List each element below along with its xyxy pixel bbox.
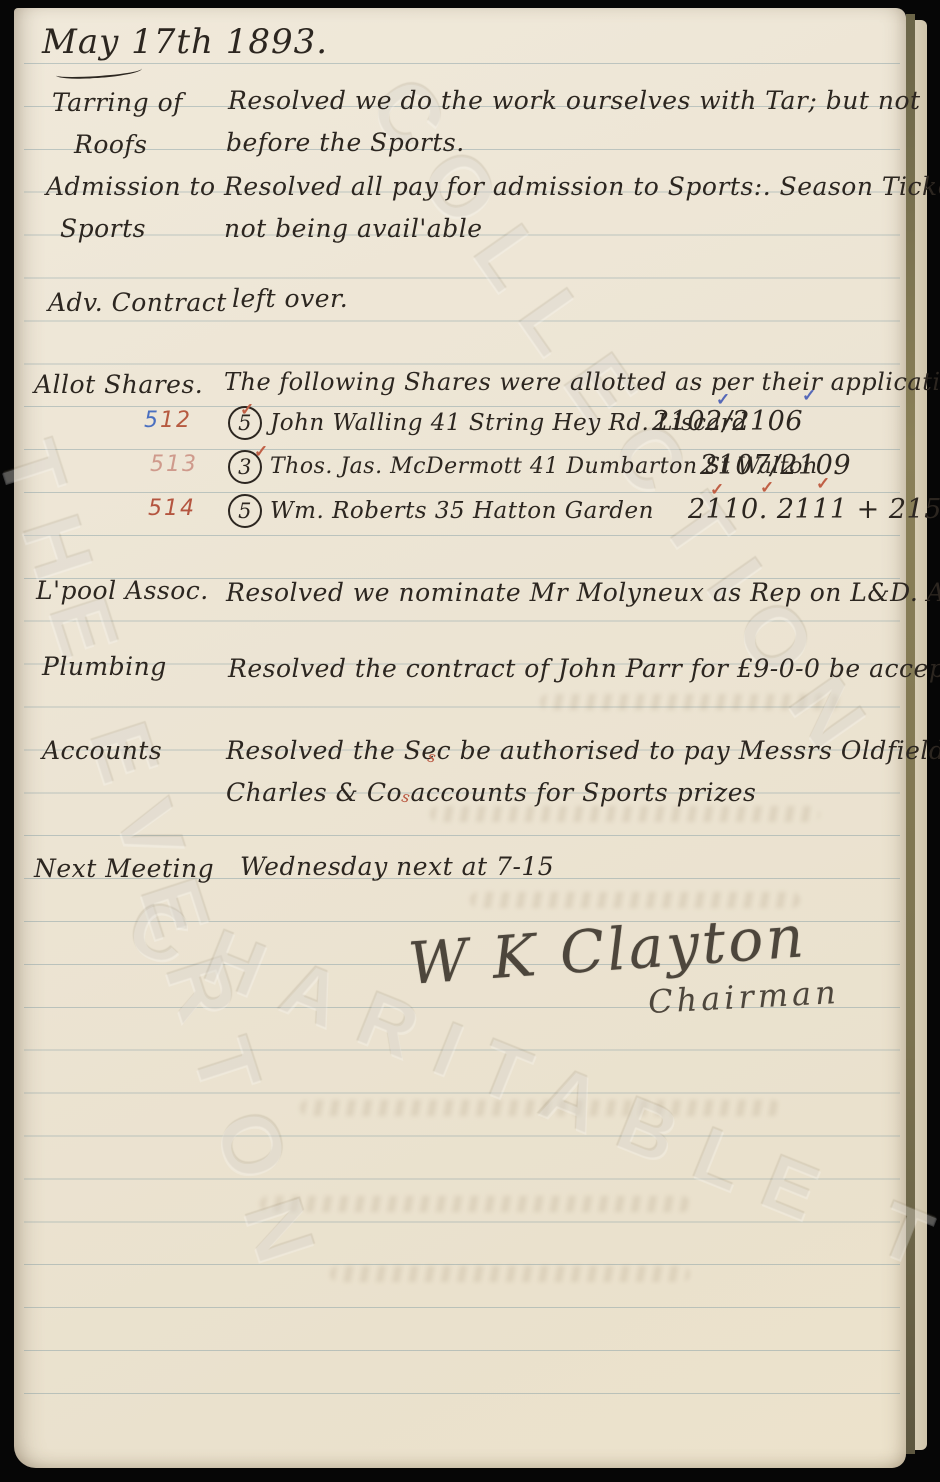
share-numbers: 2102/2106: [652, 406, 803, 437]
bleed-through-mark: [300, 1100, 780, 1116]
minute-text: The following Shares were allotted as pe…: [224, 368, 940, 396]
margin-heading: L'pool Assoc.: [36, 576, 209, 605]
bleed-through-mark: [540, 694, 840, 710]
margin-heading: Allot Shares.: [34, 370, 203, 399]
page-edge: [906, 14, 915, 1454]
minute-text: Resolved we do the work ourselves with T…: [228, 86, 921, 115]
minute-text: Charles & Co accounts for Sports prizes: [226, 778, 756, 807]
share-numbers: 2110. 2111 + 2159: [688, 494, 940, 525]
margin-heading: Adv. Contract: [48, 288, 227, 317]
share-serial: 513: [150, 452, 198, 477]
margin-heading: Next Meeting: [34, 854, 214, 883]
share-details: Wm. Roberts 35 Hatton Garden: [270, 498, 654, 524]
entry-date: May 17th 1893.: [42, 22, 328, 62]
margin-heading: Sports: [60, 214, 146, 243]
minute-text: Resolved we nominate Mr Molyneux as Rep …: [226, 578, 940, 607]
red-check-mark: ✓: [254, 442, 268, 462]
minute-text: not being avail'able: [224, 214, 483, 243]
margin-heading: Admission to: [46, 172, 216, 201]
blue-check-mark: ✓: [802, 386, 816, 406]
minute-text: Wednesday next at 7-15: [240, 852, 554, 881]
red-check-mark: ✓: [816, 474, 830, 494]
minute-text: Resolved all pay for admission to Sports…: [224, 172, 940, 201]
bleed-through-mark: [330, 1266, 690, 1282]
minute-text: before the Sports.: [226, 128, 465, 157]
blue-check-mark: ✓: [716, 390, 730, 410]
red-check-mark: ✓: [240, 400, 254, 420]
bleed-through-mark: [430, 806, 820, 822]
minute-text: Resolved the Sec be authorised to pay Me…: [226, 736, 940, 765]
minute-text: left over.: [232, 284, 348, 313]
red-check-mark: ✓: [760, 478, 774, 498]
margin-heading: Accounts: [42, 736, 162, 765]
margin-heading: Plumbing: [42, 652, 167, 681]
margin-heading: Roofs: [74, 130, 148, 159]
red-check-mark: ✓: [710, 480, 724, 500]
next-page-edge: [915, 20, 927, 1450]
share-count: 5: [228, 494, 262, 528]
margin-heading: Tarring of: [52, 88, 183, 117]
bleed-through-mark: [260, 1196, 690, 1212]
minute-text: Resolved the contract of John Parr for £…: [228, 654, 940, 683]
share-serial: 512: [144, 408, 192, 433]
share-serial: 514: [148, 496, 196, 521]
scanned-minute-book-page: THE EVERTON COLLECTION CHARITABLE TRUST …: [0, 0, 940, 1482]
